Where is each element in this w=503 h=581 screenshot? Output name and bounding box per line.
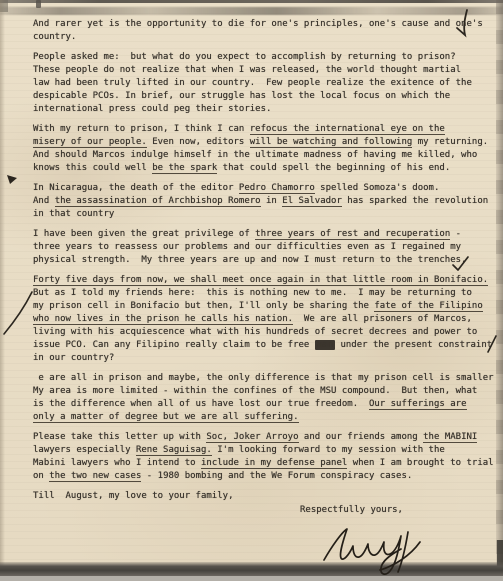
redacted-word: man (315, 340, 335, 350)
text-run: on (33, 471, 49, 481)
text-run: three years to reassess our problems and… (33, 242, 461, 252)
text-line: despicable PCOs. In brief, our struggle … (33, 90, 497, 103)
text-line: on the two new cases - 1980 bombing and … (33, 470, 497, 483)
underlined-text-run: only a matter of degree but we are all s… (33, 412, 299, 423)
text-run: But as I told my friends here: this is n… (33, 288, 472, 298)
text-run: These people do not realize that when I … (33, 65, 461, 75)
letter-body: And rarer yet is the opportunity to die … (33, 18, 497, 510)
text-run: issue PCO. Can any Filipino really claim… (33, 340, 315, 350)
text-run: that could spell the beginning of his en… (217, 163, 450, 173)
underlined-text-run: the two new cases (49, 471, 141, 482)
text-run: And (33, 196, 55, 206)
text-run: when I am brought to trial (347, 458, 493, 468)
text-run: Even now, editors (147, 137, 250, 147)
text-run: Till August, my love to your family, (33, 491, 233, 501)
text-run: in that country (33, 209, 114, 219)
text-run: in our country? (33, 353, 114, 363)
text-line: Please take this letter up with Soc, Jok… (33, 431, 497, 444)
underlined-text-run: the MABINI (423, 432, 477, 443)
down-check-mark-icon (452, 8, 474, 40)
slash-mark-icon (486, 334, 498, 354)
underlined-text-run: fate of the Filipino (374, 301, 482, 312)
text-line: living with his acquiescence what with h… (33, 326, 497, 339)
paragraph: In Nicaragua, the death of the editor Pe… (33, 182, 497, 221)
text-line: These people do not realize that when I … (33, 64, 497, 77)
text-run: - (450, 229, 461, 239)
underlined-text-run: include in my defense panel (201, 458, 347, 469)
underlined-text-run: Forty five days from now, we shall meet … (33, 275, 488, 286)
underlined-text-run: be the spark (152, 163, 217, 174)
paragraph: e are all in prison and maybe, the only … (33, 372, 497, 424)
scan-top-tick (36, 0, 41, 8)
text-run: spelled Somoza's doom. (315, 183, 440, 193)
text-line: My area is more limited - within the con… (33, 385, 497, 398)
scanned-letter-page: And rarer yet is the opportunity to die … (0, 0, 503, 581)
text-line: lawyers especially Rene Saguisag. I'm lo… (33, 444, 497, 457)
text-run: my prison cell in Bonifacio but then, I'… (33, 301, 374, 311)
paragraph: With my return to prison, I think I can … (33, 123, 497, 175)
text-line: only a matter of degree but we are all s… (33, 411, 497, 424)
text-run: e are all in prison and maybe, the only … (33, 373, 494, 383)
dart-mark-icon (5, 172, 19, 186)
text-run: living with his acquiescence what with h… (33, 327, 477, 337)
text-line: issue PCO. Can any Filipino really claim… (33, 339, 497, 352)
text-run: physical strength. My three years are up… (33, 255, 466, 265)
underlined-text-run: Our sufferings are (369, 399, 467, 410)
text-line: And should Marcos indulge himself in the… (33, 149, 497, 162)
underlined-text-run: misery of our people. (33, 137, 147, 148)
text-line: physical strength. My three years are up… (33, 254, 497, 267)
signature-ninoy-icon (318, 520, 438, 581)
scan-right-edge (496, 0, 503, 581)
text-run: With my return to prison, I think I can (33, 124, 250, 134)
underlined-text-run: Pedro Chamorro (239, 183, 315, 194)
text-run: In Nicaragua, the death of the editor (33, 183, 239, 193)
text-run: - 1980 bombing and the We Forum conspira… (141, 471, 412, 481)
text-run: country. (33, 32, 76, 42)
paragraph: People asked me: but what do you expect … (33, 51, 497, 116)
text-line: international press could peg their stor… (33, 103, 497, 116)
text-line: In Nicaragua, the death of the editor Pe… (33, 182, 497, 195)
text-line: is the difference when all of us have lo… (33, 398, 497, 411)
text-line: Mabini lawyers who I intend to include i… (33, 457, 497, 470)
text-line: With my return to prison, I think I can … (33, 123, 497, 136)
underlined-text-run: refocus the international eye on the (250, 124, 445, 135)
paragraph: And rarer yet is the opportunity to die … (33, 18, 497, 44)
text-run: has sparked the revolution (342, 196, 488, 206)
paragraph: Till August, my love to your family, (33, 490, 497, 503)
text-run: in (261, 196, 283, 206)
underlined-text-run: who now lives in the prison he calls his… (33, 314, 293, 325)
check-mark-icon (451, 255, 471, 273)
scan-top-smudge (0, 7, 503, 15)
text-line: And rarer yet is the opportunity to die … (33, 18, 497, 31)
text-run: People asked me: but what do you expect … (33, 52, 456, 62)
paragraph: I have been given the great privilege of… (33, 228, 497, 267)
text-run: my returning. (412, 137, 488, 147)
text-run: and our friends among (299, 432, 424, 442)
underlined-text-run: three years of rest and recuperation (255, 229, 450, 240)
text-run: We are all prisoners of Marcos, (293, 314, 472, 324)
text-line: knows this could well be the spark that … (33, 162, 497, 175)
text-line: who now lives in the prison he calls his… (33, 313, 497, 326)
text-line: in that country (33, 208, 497, 221)
text-run: under the present constraint (335, 340, 492, 350)
text-run: And should Marcos indulge himself in the… (33, 150, 477, 160)
underlined-text-run: Rene Saguisag. (136, 445, 212, 456)
text-line: Till August, my love to your family, (33, 490, 497, 503)
text-line: e are all in prison and maybe, the only … (33, 372, 497, 385)
text-run: knows this could well (33, 163, 152, 173)
underlined-text-run: El Salvador (282, 196, 342, 207)
text-run: is the difference when all of us have lo… (33, 399, 369, 409)
text-run: Mabini lawyers who I intend to (33, 458, 201, 468)
text-run: despicable PCOs. In brief, our struggle … (33, 91, 450, 101)
text-line: I have been given the great privilege of… (33, 228, 497, 241)
closing-line: Respectfully yours, (300, 505, 403, 515)
text-line: law had been truly lifted in our country… (33, 77, 497, 90)
text-run: international press could peg their stor… (33, 104, 271, 114)
text-run: I'm looking forward to my session with t… (212, 445, 445, 455)
text-run: Please take this letter up with (33, 432, 206, 442)
text-line: misery of our people. Even now, editors … (33, 136, 497, 149)
text-line: And the assassination of Archbishop Rome… (33, 195, 497, 208)
text-line: People asked me: but what do you expect … (33, 51, 497, 64)
underlined-text-run: the assassination of Archbishop Romero (55, 196, 261, 207)
text-run: And rarer yet is the opportunity to die … (33, 19, 483, 29)
text-run: law had been truly lifted in our country… (33, 78, 472, 88)
text-line: my prison cell in Bonifacio but then, I'… (33, 300, 497, 313)
text-line: three years to reassess our problems and… (33, 241, 497, 254)
underlined-text-run: Soc, Joker Arroyo (206, 432, 298, 443)
text-run: I have been given the great privilege of (33, 229, 255, 239)
underlined-text-run: will be watching and following (250, 137, 413, 148)
paragraph: Forty five days from now, we shall meet … (33, 274, 497, 365)
text-line: in our country? (33, 352, 497, 365)
text-line: But as I told my friends here: this is n… (33, 287, 497, 300)
text-line: country. (33, 31, 497, 44)
paragraph: Please take this letter up with Soc, Jok… (33, 431, 497, 483)
long-slash-mark-icon (0, 290, 36, 338)
scan-top-edge (0, 0, 503, 3)
text-line: Forty five days from now, we shall meet … (33, 274, 497, 287)
text-run: lawyers especially (33, 445, 136, 455)
text-run: My area is more limited - within the con… (33, 386, 477, 396)
